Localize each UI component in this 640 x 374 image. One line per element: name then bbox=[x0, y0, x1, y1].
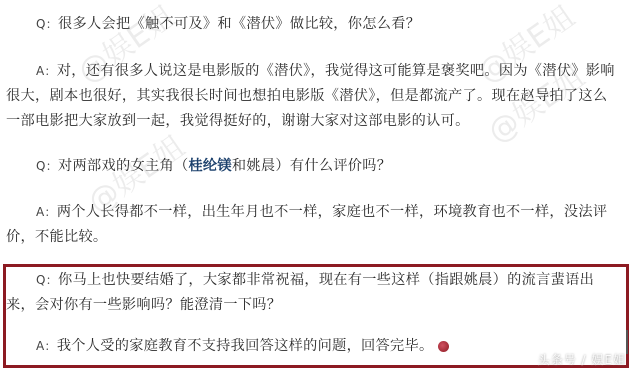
q-label: Q： bbox=[36, 17, 58, 31]
q-label: Q： bbox=[36, 159, 58, 173]
q-label: Q： bbox=[36, 273, 58, 287]
question-2-text-before: 对两部戏的女主角（ bbox=[58, 158, 188, 174]
answer-1-text: 对，还有很多人说这是电影版的《潜伏》，我觉得这可能算是褒奖吧。因为《潜伏》影响很… bbox=[6, 63, 615, 129]
answer-3-text: 我个人受的家庭教育不支持我回答这样的问题，回答完毕。 bbox=[57, 338, 434, 354]
a-label: A： bbox=[36, 64, 57, 78]
actress-name-link[interactable]: 桂纶镁 bbox=[188, 158, 231, 174]
question-3: Q：你马上也快要结婚了，大家都非常祝福，现在有一些这样（指跟姚晨）的流言蜚语出来… bbox=[6, 268, 620, 318]
a-label: A： bbox=[36, 205, 57, 219]
divider bbox=[626, 330, 628, 354]
question-1: Q：很多人会把《触不可及》和《潜伏》做比较，你怎么看？ bbox=[6, 12, 620, 37]
question-2-text-after: 和姚晨）有什么评价吗？ bbox=[232, 158, 391, 174]
emoji-icon bbox=[438, 341, 449, 352]
question-2: Q：对两部戏的女主角（桂纶镁和姚晨）有什么评价吗？ bbox=[6, 154, 620, 179]
answer-2-text: 两个人长得都不一样，出生年月也不一样，家庭也不一样，环境教育也不一样，没法评价，… bbox=[6, 204, 607, 245]
answer-1: A：对，还有很多人说这是电影版的《潜伏》，我觉得这可能算是褒奖吧。因为《潜伏》影… bbox=[6, 59, 620, 134]
answer-3: A：我个人受的家庭教育不支持我回答这样的问题，回答完毕。 bbox=[6, 334, 620, 359]
question-1-text: 很多人会把《触不可及》和《潜伏》做比较，你怎么看？ bbox=[58, 16, 420, 32]
a-label: A： bbox=[36, 339, 57, 353]
site-watermark: 头条号 / 娱E姐 bbox=[538, 351, 626, 368]
question-3-text: 你马上也快要结婚了，大家都非常祝福，现在有一些这样（指跟姚晨）的流言蜚语出来，会… bbox=[6, 272, 594, 313]
answer-2: A：两个人长得都不一样，出生年月也不一样，家庭也不一样，环境教育也不一样，没法评… bbox=[6, 200, 620, 250]
